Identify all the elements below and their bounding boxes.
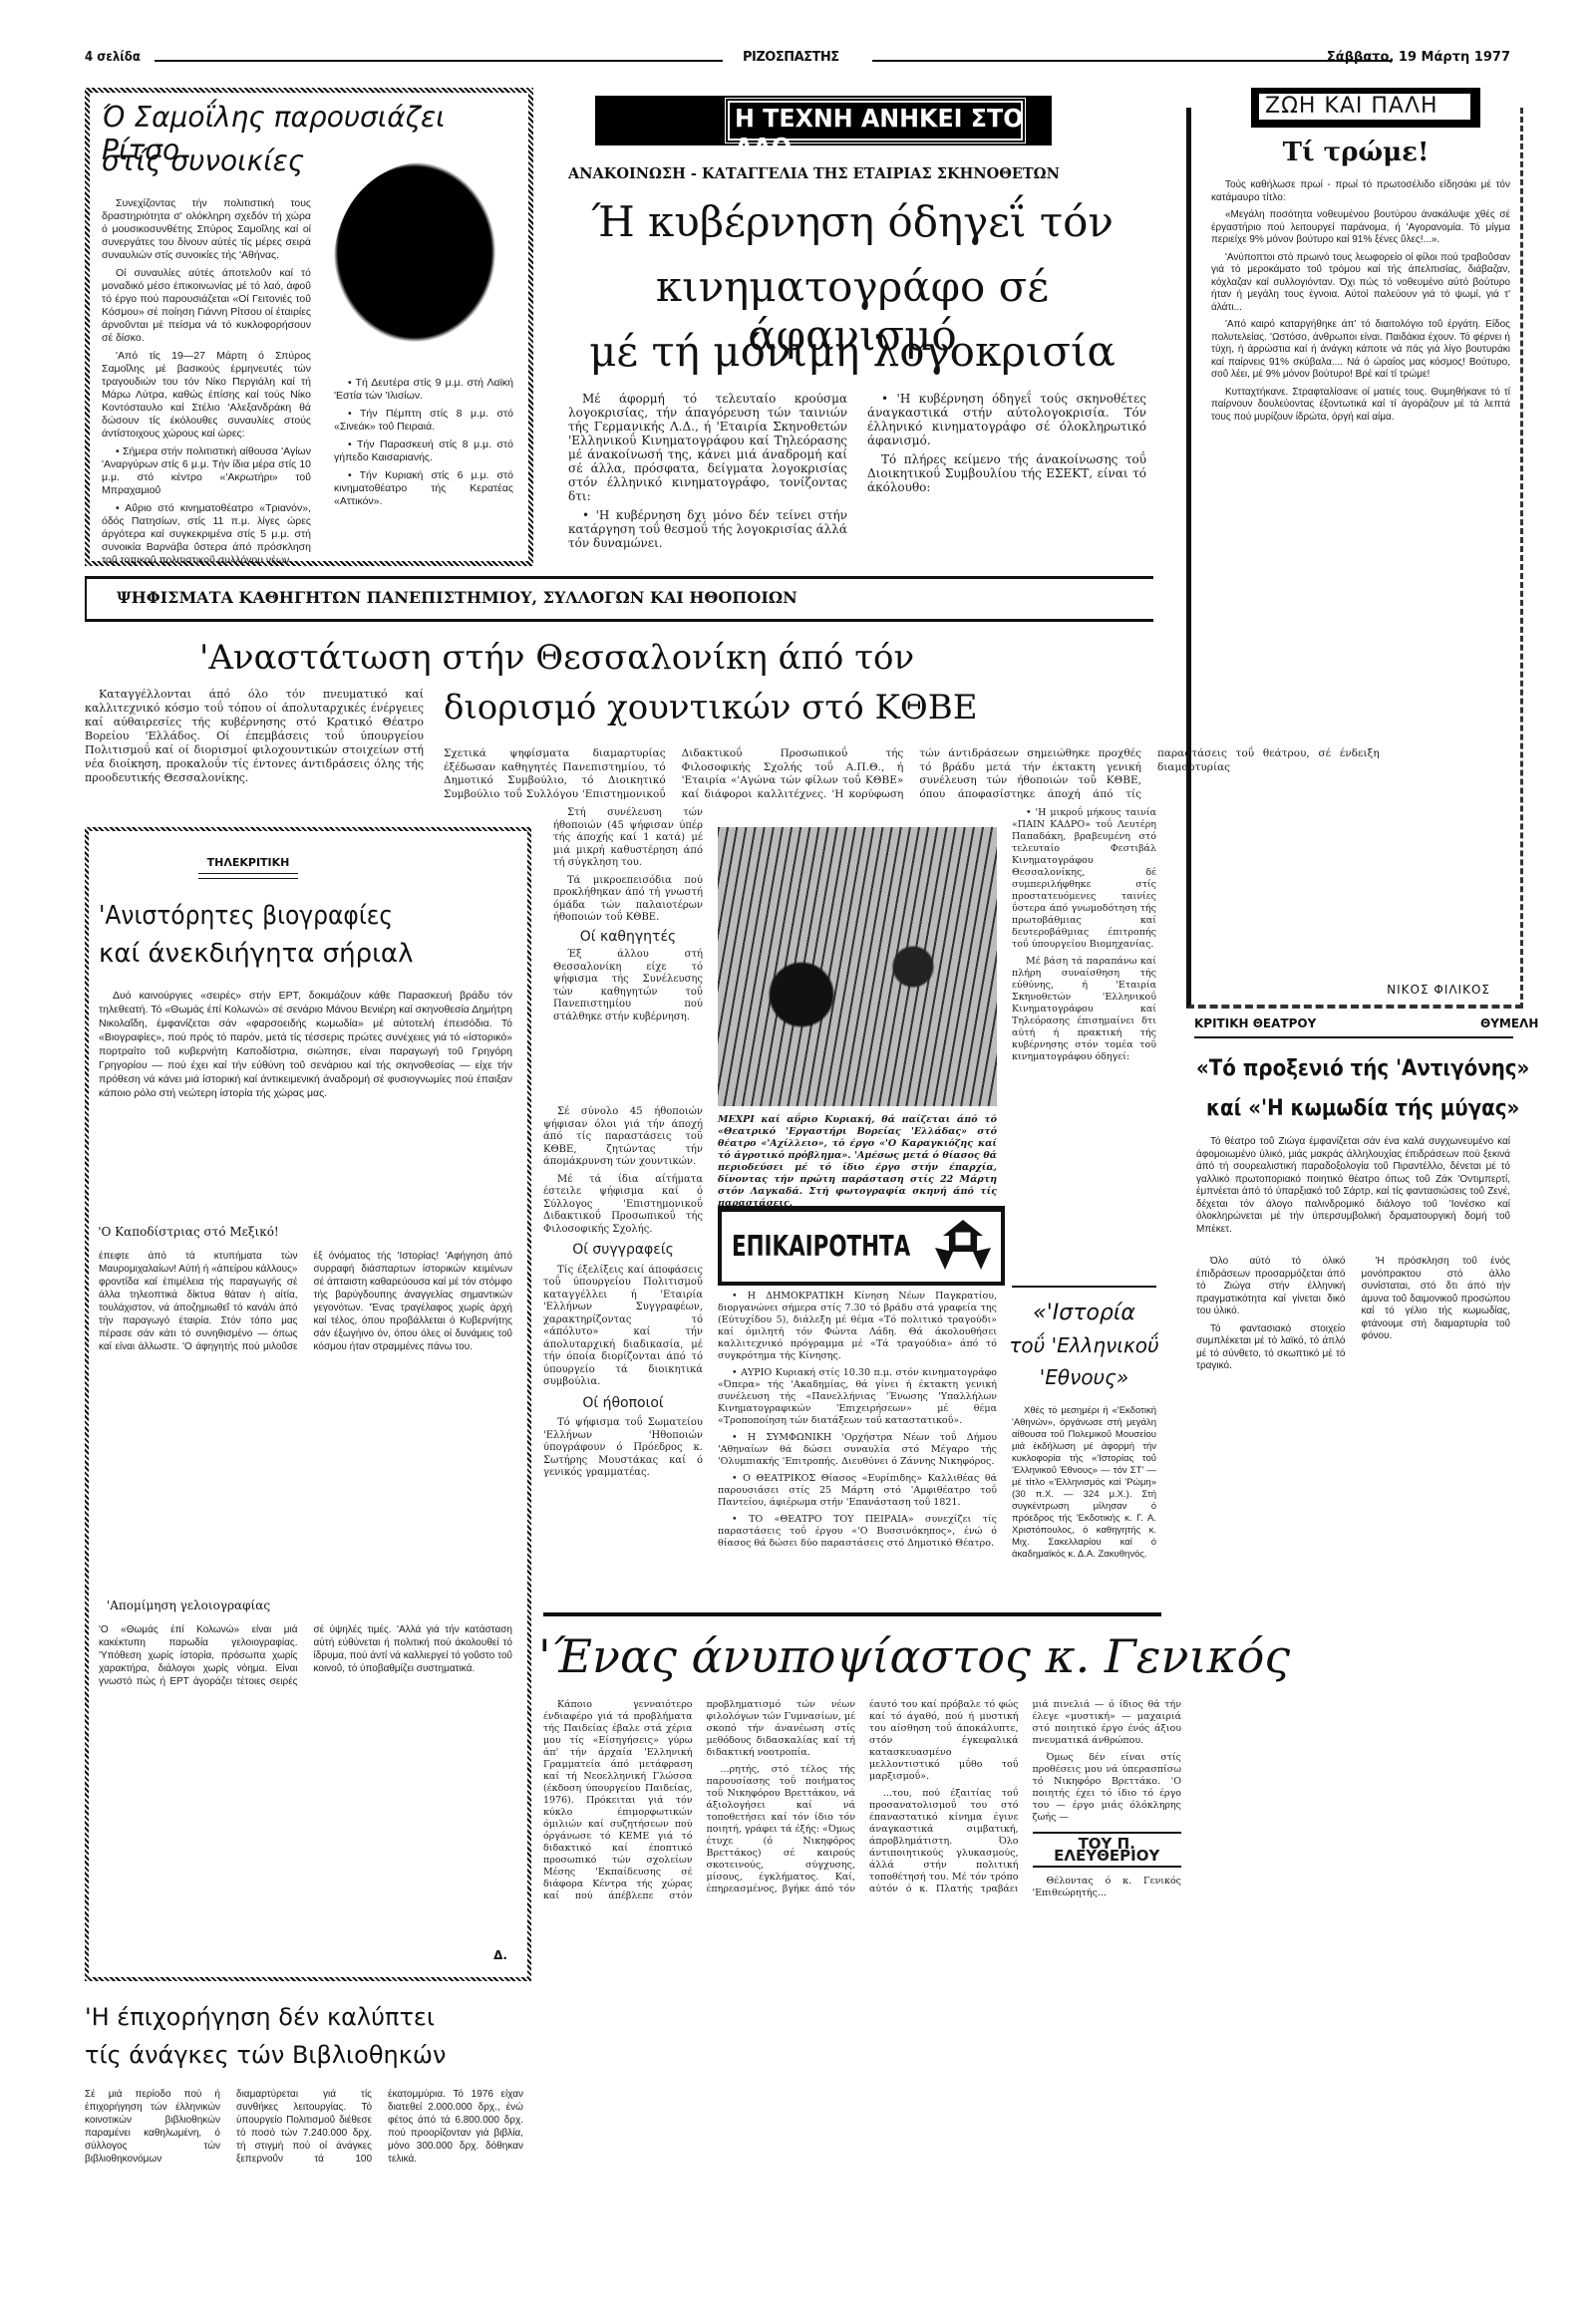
paper-name: ΡΙΖΟΣΠΑΣΤΗΣ [743, 50, 839, 65]
article-tv: ΤΗΛΕΚΡΙΤΙΚΗ 'Ανιστόρητες βιογραφίες καί … [85, 827, 531, 1981]
tv-section-rule [198, 873, 298, 879]
tv-signature: Δ. [493, 1948, 507, 1962]
cinema-body-right: • 'Η κυβέρνηση όδηγεΐ τούς σκηνοθέτες άν… [867, 392, 1146, 499]
samoilis-body-left: Συνεχίζοντας τήν πολιτιστική τους δραστη… [102, 197, 311, 572]
epikairotita-item: • Η ΔΗΜΟΚΡΑΤΙΚΗ Κίνηση Νέων Παγκρατίου, … [718, 1291, 997, 1362]
zoi-byline: ΝΙΚΟΣ ΦΙΛΙΚΟΣ [1387, 983, 1490, 997]
theatre-body-lead: Τό θέατρο τοΰ Ζιώγα έμφανίζεται σάν ένα … [1196, 1136, 1510, 1241]
thessaloniki-lead2: Σχετικά ψηφίσματα διαμαρτυρίας έξέδωσαν … [444, 747, 1141, 803]
headline-genikos: 'Ένας άνυποψίαστος κ. Γενικός [538, 1629, 1290, 1683]
cinema-body-left: Μέ άφορμή τό τελευταίο κρούσμα λογοκρισί… [568, 392, 847, 555]
genikos-body: Κάποιο γενναιότερο ένδιαφέρο γιά τά προβ… [543, 1699, 1181, 2307]
tv-body-parody: 'Ο «Θωμάς έπί Κολωνώ» είναι μιά κακέκτυπ… [99, 1623, 512, 1922]
headline-thessaloniki-1: 'Αναστάτωση στήν Θεσσαλονίκη άπό τόν [199, 638, 914, 678]
strip-resolutions-label: ΨΗΦΙΣΜΑΤΑ ΚΑΘΗΓΗΤΩΝ ΠΑΝΕΠΙΣΤΗΜΙΟΥ, ΣΥΛΛΟ… [117, 588, 797, 607]
masthead: 4 σελίδα ΡΙΖΟΣΠΑΣΤΗΣ Σάββατο, 19 Μάρτη 1… [85, 50, 1510, 70]
theatre-body: Όλο αύτό τό όλικό έπιδράσεων προσαρμόζετ… [1196, 1256, 1510, 2312]
headline-tv-1: 'Ανιστόρητες βιογραφίες [99, 901, 393, 931]
theatre-section-label: ΚΡΙΤΙΚΗ ΘΕΑΤΡΟΥ [1194, 1017, 1316, 1030]
headline-cinema-1: Ή κυβέρνηση όδηγεΐ τόν [553, 197, 1151, 246]
subhead-writers: Οί συγγραφείς [543, 1244, 703, 1257]
epikairotita-label: ΕΠΙΚΑΙΡΟΤΗΤΑ [732, 1230, 910, 1263]
headline-tv-2: καί άνεκδιήγητα σήριαλ [99, 939, 413, 969]
zoi-body: Τούς καθήλωσε πρωί - πρωί τό πρωτοσέλιδο… [1211, 179, 1510, 429]
headline-istoria-1: «'Ιστορία [1002, 1301, 1166, 1325]
thessaloniki-col-right: • 'Η μικροΰ μήκους ταινία «ΠΑΙΝ ΚΑΔΡΟ» τ… [1012, 807, 1156, 1068]
photo-caption: ΜΕΧΡΙ καί αΰριο Κυριακή, θά παίζεται άπό… [718, 1114, 997, 1210]
box-epikairotita: ΕΠΙΚΑΙΡΟΤΗΤΑ [718, 1206, 1005, 1286]
headline-thessaloniki-2: διορισμό χουντικών στό ΚΘΒΕ [444, 688, 978, 727]
banner-techni: Η ΤΕΧΝΗ ΑΝΗΚΕΙ ΣΤΟ ΛΑΟ [595, 96, 1052, 145]
headline-libraries-2: τίς άνάγκες τών Βιβλιοθηκών [85, 2041, 446, 2069]
banner-zoi: ΖΩΗ ΚΑΙ ΠΑΛΗ [1251, 88, 1480, 128]
tv-body-lead: Δυό καινούργιες «σειρές» στήν ΕΡΤ, δοκιμ… [99, 989, 512, 1105]
kicker-cinema: ΑΝΑΚΟΙΝΩΣΗ - ΚΑΤΑΓΓΕΛΙΑ ΤΗΣ ΕΤΑΙΡΙΑΣ ΣΚΗ… [568, 165, 1060, 182]
subhead-parody: 'Απομίμηση γελοιογραφίας [89, 1598, 288, 1612]
article-samoilis: Ό Σαμοΐλης παρουσιάζει Ρίτσο στίς συνοικ… [85, 88, 533, 566]
portrait-photo [334, 162, 513, 362]
theatre-section-rule [1194, 1036, 1513, 1038]
headline-cinema-3: μέ τή μόνιμη λογοκρισία [553, 327, 1151, 376]
strip-resolutions: ΨΗΦΙΣΜΑΤΑ ΚΑΘΗΓΗΤΩΝ ΠΑΝΕΠΙΣΤΗΜΙΟΥ, ΣΥΛΛΟ… [85, 576, 1153, 622]
samoilis-body-right: • Τή Δευτέρα στίς 9 μ.μ. στή Λαϊκή 'Εστί… [334, 377, 513, 513]
epikairotita-item: • ΑΥΡΙΟ Κυριακή στίς 10.30 π.μ. στόν κιν… [718, 1367, 997, 1427]
page-number: 4 σελίδα [85, 50, 141, 65]
article-cinema: Η ΤΕΧΝΗ ΑΝΗΚΕΙ ΣΤΟ ΛΑΟ ΑΝΑΚΟΙΝΩΣΗ - ΚΑΤΑ… [553, 88, 1151, 556]
subhead-kapodistrias: 'Ο Καποδίστριας στό Μεξικό! [89, 1225, 288, 1239]
tv-body-more: έπεφτε άπό τά κτυπήματα τών Μαυρομιχαλαί… [99, 1250, 512, 1589]
epikairotita-item: • Η ΣΥΜΦΩΝΙΚΗ 'Ορχήστρα Νέων τοΰ Δήμου '… [718, 1432, 997, 1468]
subhead-actors: Οί ήθοποιοί [543, 1397, 703, 1410]
theatre-section-right: ΘΥΜΕΛΗ [1480, 1017, 1538, 1030]
col-writers: Σέ σύνολο 45 ήθοποιών ψήφισαν όλοι γιά τ… [543, 1106, 703, 1485]
genikos-byline: ΤΟΥ Π. ΕΛΕΥΘΕΡΙΟΥ [1033, 1832, 1182, 1868]
headline-theatre-2: καί «'Η κωμωδία τής μύγας» [1206, 1096, 1519, 1121]
masthead-rule-left [155, 60, 723, 62]
headline-ti-trome: Τί τρώμε! [1191, 138, 1520, 167]
thessaloniki-col-mid: Στή συνέλευση τών ήθοποιών (45 ψήφισαν ύ… [553, 807, 703, 1028]
headline-libraries-1: 'Η έπιχορήγηση δέν καλύπτει [85, 2003, 435, 2031]
headline-theatre-1: «Τό προξενιό τής 'Αντιγόνης» [1196, 1056, 1529, 1081]
issue-date: Σάββατο, 19 Μάρτη 1977 [1327, 50, 1510, 65]
headline-samoilis-2: στίς συνοικίες [102, 145, 304, 177]
column-zoi-kai-pali: ΖΩΗ ΚΑΙ ΠΑΛΗ Τί τρώμε! Τούς καθήλωσε πρω… [1186, 108, 1523, 1009]
epikairotita-item: • ΤΟ «ΘΕΑΤΡΟ ΤΟΥ ΠΕΙΡΑΙΑ» συνεχίζει τίς … [718, 1514, 997, 1550]
istoria-body: Χθές τό μεσημέρι ή «'Εκδοτική 'Αθηνών», … [1012, 1405, 1156, 1561]
subhead-professors: Οί καθηγητές [553, 931, 703, 944]
headline-istoria-2: τοΰ 'Ελληνικοΰ [1002, 1333, 1166, 1357]
genikos-top-rule [543, 1612, 1161, 1616]
thessaloniki-lead: Καταγγέλλονται άπό όλο τόν πνευματικό κα… [85, 688, 424, 785]
house-arrows-icon [933, 1218, 993, 1274]
banner-zoi-label: ΖΩΗ ΚΑΙ ΠΑΛΗ [1265, 94, 1438, 119]
tv-section-label: ΤΗΛΕΚΡΙΤΙΚΗ [89, 856, 408, 869]
photo-theatre-scene [718, 827, 997, 1106]
headline-istoria-3: 'Εθνους» [1002, 1365, 1166, 1389]
banner-techni-label: Η ΤΕΧΝΗ ΑΝΗΚΕΙ ΣΤΟ ΛΑΟ [735, 104, 1036, 161]
epikairotita-items: • Η ΔΗΜΟΚΡΑΤΙΚΗ Κίνηση Νέων Παγκρατίου, … [718, 1291, 997, 1555]
masthead-rule-right [872, 60, 1391, 62]
libraries-body: Σέ μιά περίοδο πού ή έπιχορήγηση τών έλλ… [85, 2088, 523, 2312]
epikairotita-item: • Ο ΘΕΑΤΡΙΚΟΣ Θίασος «Ευρίπιδης» Καλλιθέ… [718, 1473, 997, 1509]
istoria-rule [1012, 1286, 1156, 1288]
